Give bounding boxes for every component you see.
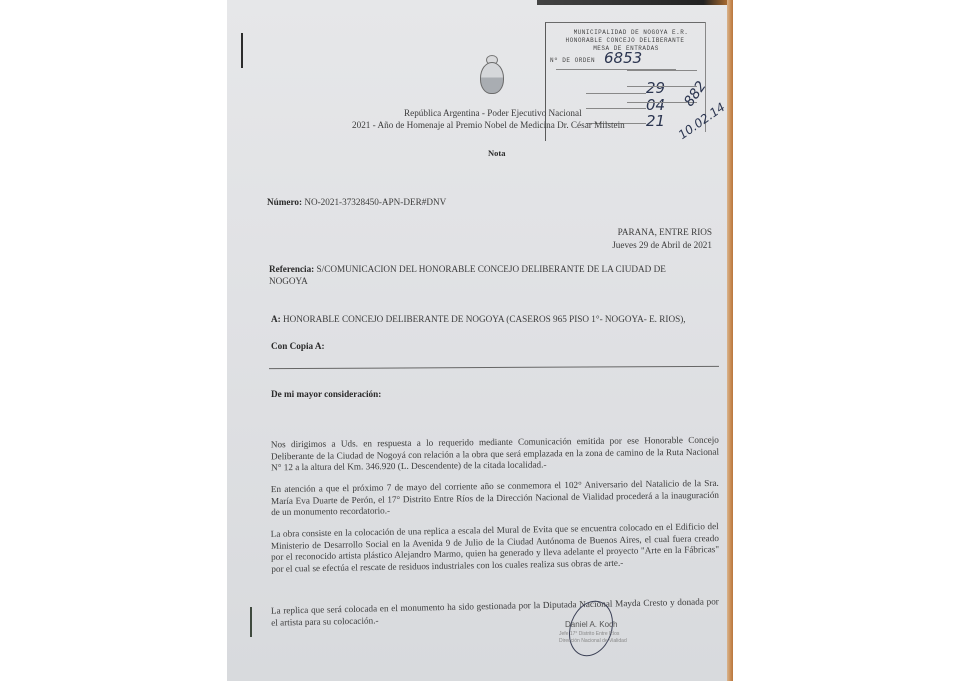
referencia-row: Referencia: S/COMUNICACION DEL HONORABLE… xyxy=(269,264,689,287)
section-divider xyxy=(269,366,719,369)
table-edge xyxy=(727,0,733,681)
stamp-line-1: MUNICIPALIDAD DE NOGOYA E.R. xyxy=(566,29,696,36)
paragraph-4: La replica que será colocada en el monum… xyxy=(271,596,719,628)
destinatario-label: A: xyxy=(271,314,281,324)
photo-top-edge xyxy=(537,0,733,5)
stamp-number-label: Nº DE ORDEN xyxy=(550,57,598,64)
header-line-2: 2021 - Año de Homenaje al Premio Nobel d… xyxy=(352,120,625,132)
destinatario-value: HONORABLE CONCEJO DELIBERANTE DE NOGOYA … xyxy=(283,314,686,324)
coat-of-arms-icon xyxy=(480,62,504,94)
destinatario-row: A: HONORABLE CONCEJO DELIBERANTE DE NOGO… xyxy=(271,314,731,326)
numero-row: Número: NO-2021-37328450-APN-DER#DNV xyxy=(267,197,446,209)
place: PARANA, ENTRE RIOS xyxy=(618,227,712,239)
stamp-number: 6853 xyxy=(604,49,642,67)
document-photo: MUNICIPALIDAD DE NOGOYA E.R. HONORABLE C… xyxy=(227,0,733,681)
stamp-year: 21 xyxy=(646,112,665,130)
paragraph-2: En atención a que el próximo 7 de mayo d… xyxy=(271,478,719,519)
stamp-day: 29 xyxy=(646,79,665,97)
numero-value: NO-2021-37328450-APN-DER#DNV xyxy=(304,197,446,207)
referencia-label: Referencia: xyxy=(269,264,314,274)
date: Jueves 29 de Abril de 2021 xyxy=(612,240,712,252)
stamp-line-2: HONORABLE CONCEJO DELIBERANTE xyxy=(550,37,700,44)
header-line-1: República Argentina - Poder Ejecutivo Na… xyxy=(404,108,582,120)
paragraph-1: Nos dirigimos a Uds. en respuesta a lo r… xyxy=(271,435,719,474)
paper-mark xyxy=(250,607,252,637)
greeting: De mi mayor consideración: xyxy=(271,389,381,401)
doc-type: Nota xyxy=(488,148,505,159)
signature-title-2: Dirección Nacional de Vialidad xyxy=(559,638,627,644)
referencia-value: S/COMUNICACION DEL HONORABLE CONCEJO DEL… xyxy=(269,264,666,286)
numero-label: Número: xyxy=(267,197,302,207)
signature-name: Daniel A. Koch xyxy=(565,620,617,630)
paragraph-3: La obra consiste en la colocación de una… xyxy=(271,521,720,575)
signature-title-1: Jefe 17° Distrito Entre Ríos xyxy=(559,631,619,637)
paper-mark xyxy=(241,33,243,68)
con-copia-label: Con Copia A: xyxy=(271,341,325,353)
